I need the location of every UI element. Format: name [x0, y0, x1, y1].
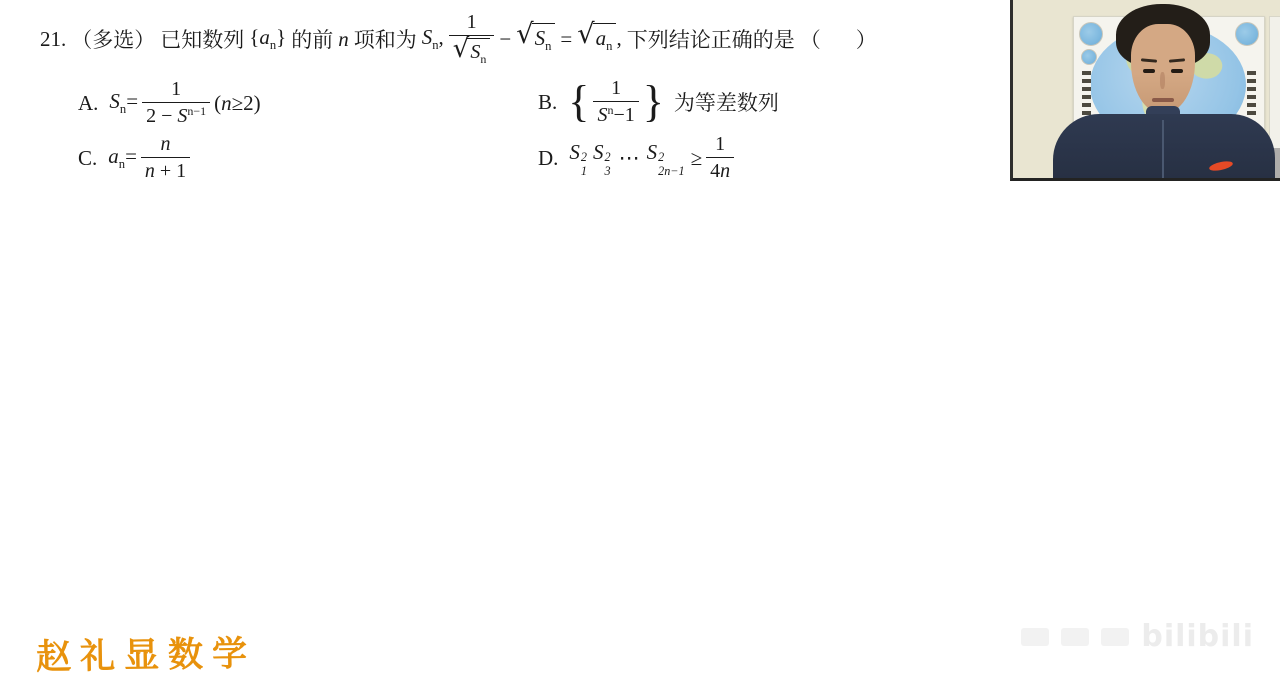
S-var: S	[535, 26, 546, 50]
fraction: 1 2 − Sn−1	[142, 78, 210, 128]
minus-sign: −	[499, 27, 511, 52]
uploader-name-block	[1021, 628, 1049, 646]
map-legend-strip	[1082, 71, 1091, 119]
option-b: B. { 1 Sn−1 } 为等差数列	[538, 76, 779, 128]
radical-sign: √	[577, 21, 594, 48]
den-coefficient: 4	[710, 160, 720, 183]
uploader-name-block	[1101, 628, 1129, 646]
fraction: n n + 1	[141, 133, 190, 183]
geq-sign: ≥	[691, 146, 703, 171]
den-suffix: −1	[613, 104, 634, 127]
option-a: A. Sn= 1 2 − Sn−1 (n≥2)	[78, 78, 261, 128]
n-var: n	[338, 27, 349, 52]
geq-sign: ≥	[232, 91, 244, 115]
map-legend-strip	[1247, 71, 1256, 115]
paren-close: ）	[856, 24, 877, 54]
equals-sign: =	[125, 144, 137, 168]
radicand: an	[593, 23, 617, 54]
a-var: a	[596, 26, 607, 50]
S1-squared-term: S21	[569, 140, 589, 176]
radicand: Sn	[532, 23, 556, 54]
webcam-video	[1010, 0, 1280, 181]
option-b-label: B.	[538, 90, 557, 115]
fraction-numerator: 1	[711, 133, 729, 157]
equals-sign: =	[126, 89, 138, 113]
Sn-term: Sn=	[109, 89, 138, 117]
brace-close: }	[276, 25, 286, 49]
fraction-numerator: n	[157, 133, 175, 157]
question-tail-text: 下列结论正确的是	[627, 24, 795, 54]
sqrt-Sn: √Sn	[453, 38, 491, 67]
jacket-zipper	[1162, 120, 1164, 178]
S-var: S	[597, 104, 607, 127]
sqrt-an-group: √an,	[577, 23, 621, 54]
question-lead-text: 已知数列	[160, 24, 244, 54]
fraction-numerator: 1	[463, 11, 481, 35]
mid-text-1: 的前	[291, 24, 333, 54]
teacher-jacket	[1053, 114, 1275, 178]
option-a-label: A.	[78, 91, 98, 116]
question-statement: 21. （多选） 已知数列 {an} 的前 n 项和为 Sn, 1 √Sn − …	[40, 12, 877, 66]
a-var: a	[108, 144, 119, 168]
map-inset-globe-icon	[1235, 22, 1259, 46]
subscript: 2n−1	[658, 164, 684, 178]
fraction-denominator: n + 1	[141, 157, 190, 183]
sequence-notation: {an}	[249, 25, 286, 53]
a-var: a	[259, 25, 270, 49]
S-sub: n	[480, 52, 486, 66]
fraction-numerator: 1	[167, 78, 185, 102]
eye	[1143, 69, 1155, 73]
brace-open: {	[249, 25, 259, 49]
superscript: 2	[605, 150, 611, 164]
nose	[1160, 72, 1165, 89]
S-var: S	[470, 41, 480, 63]
n-var: n	[221, 91, 232, 115]
comma: ,	[616, 26, 621, 50]
cond-value: 2)	[243, 91, 261, 115]
map-inset-globe-icon	[1079, 22, 1103, 46]
option-d: D. S21 S23 ⋯ S22n−1 ≥ 1 4n	[538, 132, 734, 184]
sup-sub-stack: 21	[581, 150, 587, 178]
side-poster	[1269, 16, 1280, 157]
radical-sign: √	[453, 36, 470, 62]
option-c-label: C.	[78, 146, 97, 171]
S-var: S	[647, 140, 658, 164]
paren-open: （	[800, 24, 821, 54]
S-var: S	[422, 25, 433, 49]
mid-text-2: 项和为	[354, 24, 417, 54]
question-tag: （多选）	[71, 24, 155, 54]
fraction: 1 4n	[706, 133, 734, 183]
sn-term: Sn,	[422, 25, 444, 53]
sqrt-an: √an	[577, 23, 616, 54]
comma: ,	[439, 25, 444, 49]
fraction-denominator: 2 − Sn−1	[142, 102, 210, 128]
n-var: n	[720, 160, 730, 183]
radical-sign: √	[516, 21, 533, 48]
n-var: n	[145, 160, 155, 183]
subscript: 3	[605, 164, 611, 178]
S-var: S	[593, 140, 604, 164]
fraction-denominator: 4n	[706, 157, 734, 183]
radicand: Sn	[467, 38, 490, 67]
map-inset-globe-icon	[1081, 49, 1097, 65]
uploader-name-block	[1061, 628, 1089, 646]
channel-watermark: 赵礼显数学	[36, 626, 257, 680]
an-term: an=	[108, 144, 137, 172]
a-sub: n	[606, 40, 612, 54]
fraction-denominator: Sn−1	[593, 101, 638, 127]
S3-squared-term: S23	[593, 140, 613, 176]
den-prefix: 2 −	[146, 105, 172, 128]
bilibili-logo: bilibili	[1141, 619, 1254, 654]
question-number: 21.	[40, 27, 66, 52]
S-sub: n−1	[187, 105, 206, 119]
S-var: S	[109, 89, 120, 113]
mouth	[1152, 98, 1174, 102]
bilibili-watermark: bilibili	[1021, 619, 1254, 654]
sqrt-Sn: √Sn	[516, 23, 555, 54]
cdots: ⋯	[619, 146, 641, 170]
option-d-label: D.	[538, 146, 558, 171]
S2n-1-squared-term: S22n−1	[647, 140, 687, 176]
fraction-numerator: 1	[607, 77, 625, 101]
eye	[1171, 69, 1183, 73]
sup-sub-stack: 23	[605, 150, 611, 178]
option-c: C. an= n n + 1	[78, 132, 190, 184]
S-var: S	[569, 140, 580, 164]
fraction: 1 Sn−1	[593, 77, 638, 127]
condition: (n≥2)	[214, 91, 261, 116]
S-var: S	[177, 105, 187, 128]
fraction-denominator: √Sn	[449, 35, 495, 67]
S-sub: n	[545, 40, 551, 54]
superscript: 2	[581, 150, 587, 164]
equals-sign: =	[560, 27, 572, 52]
option-b-text: 为等差数列	[674, 87, 779, 117]
sup-sub-stack: 22n−1	[658, 150, 684, 178]
fraction-one-over-sqrtS: 1 √Sn	[449, 11, 495, 67]
den-suffix: + 1	[160, 160, 186, 183]
superscript: 2	[658, 150, 664, 164]
subscript: 1	[581, 164, 587, 178]
